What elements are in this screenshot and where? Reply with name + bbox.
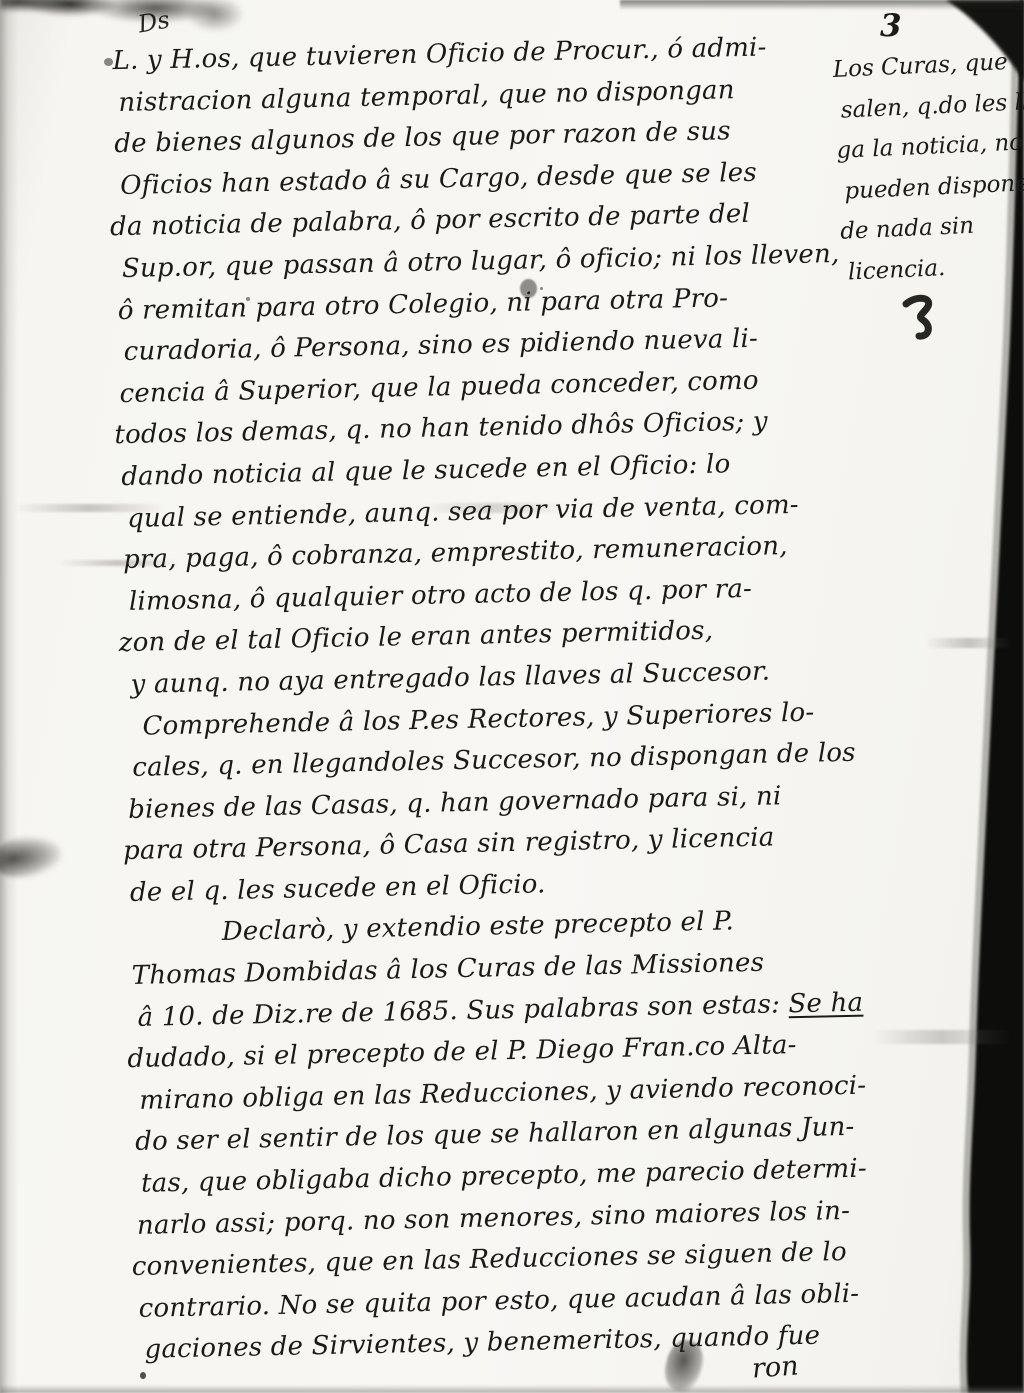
margin-note-text: de nada sin [840,213,975,245]
line-text: gaciones de Sirvientes, y benemeritos, q… [144,1321,820,1365]
line-text: curadoria, ô Persona, sino es pidiendo n… [123,324,758,367]
scan-top-edge [620,0,1024,10]
margin-note-line: pueden disponer [844,163,1024,212]
margin-note-text: Los Curas, que [832,49,1008,83]
line-text: limosna, ô qualquier otro acto de los q.… [129,574,753,617]
line-text: L. y H.os, que tuvieren Oficio de Procur… [112,32,767,76]
line-text: dudado, si el precepto de el P. Diego Fr… [127,1030,797,1074]
line-text: Declarò, y extendio este precepto el P. [222,907,735,948]
ink-squiggle-mark [894,292,946,344]
underlined-quote-start: Se ha [788,987,863,1019]
ink-speck [140,1372,146,1379]
margin-note-text: licencia. [847,255,945,285]
line-text: Comprehende â los P.es Rectores, y Super… [142,697,814,741]
line-text: de bienes algunos de los que por razon d… [114,116,731,159]
line-text: de el q. les sucede en el Oficio. [130,869,546,908]
line-text: para otra Persona, ô Casa sin registro, … [123,823,775,867]
margin-note-text: pueden disponer [844,169,1024,204]
line-text: y aunq. no aya entregado las llaves al S… [130,656,770,699]
line-text: bienes de las Casas, q. han governado pa… [128,781,782,825]
line-text: ô remitan para otro Colegio, ni para otr… [117,283,728,326]
margin-note-text: ga la noticia, no [836,129,1024,163]
line-text: nistracion alguna temporal, que no dispo… [118,75,735,118]
line-text: Oficios han estado â su Cargo, desde que… [120,157,757,200]
abbreviation-flourish: Ds [136,5,172,38]
manuscript-body: L. y H.os, que tuvieren Oficio de Procur… [112,26,864,1372]
line-text: todos los demas, q. no han tenido dhôs O… [114,407,768,451]
line-text: pra, paga, ô cobranza, emprestito, remun… [123,531,788,575]
line-text: zon de el tal Oficio le eran antes permi… [118,616,713,658]
margin-note: Los Curas, que salen, q.do les lle- ga l… [832,41,1024,292]
line-text: da noticia de palabra, ô por escrito de … [110,199,750,242]
line-text: cencia â Superior, que la pueda conceder… [119,365,759,408]
paper-streak [872,1030,1012,1044]
line-text: dando noticia al que le sucede en el Ofi… [121,449,731,492]
catchword: ron [751,1350,800,1384]
line-text: qual se entiende, aunq. sea por via de v… [127,489,799,533]
line-text: â 10. de Diz.re de 1685. Sus palabras so… [137,989,789,1033]
manuscript-page-scan: 3 Ds Los Curas, que salen, q.do les lle-… [0,0,1024,1393]
line-text: Thomas Dombidas â los Curas de las Missi… [131,948,764,991]
page-number: 3 [880,8,904,44]
margin-note-line: licencia. [847,244,1024,293]
ink-smear-left [0,831,65,882]
scan-bottom-edge [0,1385,1024,1393]
paper-streak [926,638,1012,648]
scan-left-edge [0,0,18,1393]
margin-note-text: salen, q.do les lle- [840,88,1024,124]
